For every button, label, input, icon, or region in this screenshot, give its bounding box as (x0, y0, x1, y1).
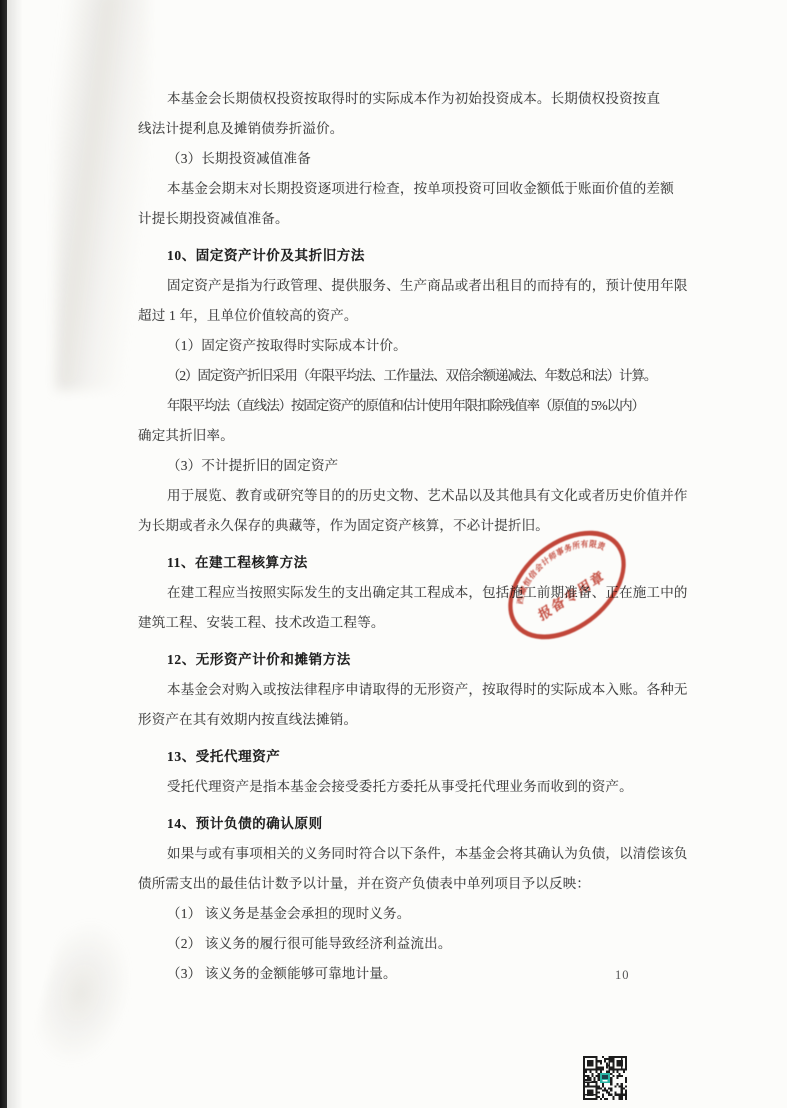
text-line: （3）不计提折旧的固定资产 (138, 451, 678, 481)
scanner-edge (0, 0, 7, 1108)
text-line: 本基金会对购入或按法律程序申请取得的无形资产，按取得时的实际成本入账。各种无 (138, 675, 678, 705)
text-line: （1）固定资产按取得时实际成本计价。 (138, 331, 678, 361)
section-heading: 14、预计负债的确认原则 (138, 809, 678, 839)
section-heading: 13、受托代理资产 (138, 742, 678, 772)
list-item: （1） 该义务是基金会承担的现时义务。 (138, 899, 678, 929)
text-line: 本基金会长期债权投资按取得时的实际成本作为初始投资成本。长期债权投资按直 (138, 84, 678, 114)
text-line: （2）固定资产折旧采用（年限平均法、工作量法、双倍余额递减法、年数总和法）计算。 (138, 361, 678, 391)
section-heading: 12、无形资产计价和摊销方法 (138, 645, 678, 675)
page-number: 10 (615, 968, 630, 983)
red-seal-stamp: 西藏恒信会计师事务所有限责任公司 报备专用章 (498, 524, 636, 646)
text-line: 年限平均法（直线法）按固定资产的原值和估计使用年限扣除残值率（原值的 5%以内） (138, 391, 678, 421)
text-line: （3）长期投资减值准备 (138, 144, 678, 174)
scanned-page: 本基金会长期债权投资按取得时的实际成本作为初始投资成本。长期债权投资按直 线法计… (0, 0, 787, 1108)
paper-curl-shadow-bottom (28, 907, 150, 1083)
text-line: 本基金会期末对长期投资逐项进行检查，按单项投资可回收金额低于账面价值的差额 (138, 174, 678, 204)
qr-code (583, 1056, 627, 1100)
text-line: 形资产在其有效期内按直线法摊销。 (138, 705, 678, 735)
list-item: （2） 该义务的履行很可能导致经济利益流出。 (138, 929, 678, 959)
text-line: 超过 1 年，且单位价值较高的资产。 (138, 301, 678, 331)
scanner-edge-shadow (7, 0, 23, 1108)
text-line: 受托代理资产是指本基金会接受委托方委托从事受托代理业务而收到的资产。 (138, 772, 678, 802)
text-line: 线法计提利息及摊销债券折溢价。 (138, 114, 678, 144)
text-line: 债所需支出的最佳估计数予以计量，并在资产负债表中单列项目予以反映： (138, 869, 678, 899)
text-line: 如果与或有事项相关的义务同时符合以下条件，本基金会将其确认为负债，以清偿该负 (138, 839, 678, 869)
text-line: 用于展览、教育或研究等目的的历史文物、艺术品以及其他具有文化或者历史价值并作 (138, 481, 678, 511)
list-item: （3） 该义务的金额能够可靠地计量。 (138, 959, 678, 989)
text-line: 固定资产是指为行政管理、提供服务、生产商品或者出租目的而持有的，预计使用年限 (138, 271, 678, 301)
text-line: 计提长期投资减值准备。 (138, 204, 678, 234)
text-line: 确定其折旧率。 (138, 421, 678, 451)
section-heading: 10、固定资产计价及其折旧方法 (138, 241, 678, 271)
paper-curl-shadow-top (56, 0, 148, 390)
